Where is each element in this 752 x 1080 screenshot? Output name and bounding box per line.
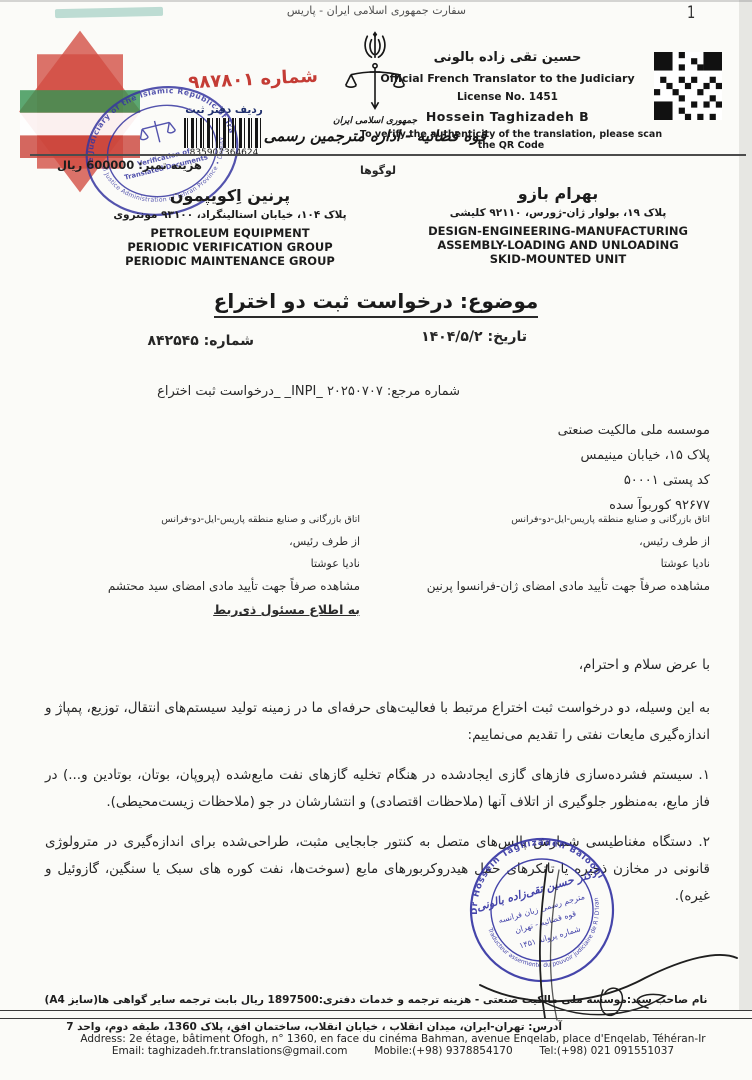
company-name-fa: بهرام بازو [408, 184, 708, 203]
recipient-line: پلاک ۱۵، خیابان مینیمس [558, 443, 710, 468]
intro-paragraph: به این وسیله، دو درخواست ثبت اختراع مرتب… [45, 695, 710, 749]
scanned-translation-document: سفارت جمهوری اسلامی ایران - پاریس 1 The … [0, 0, 752, 1080]
letter-number: شماره: ۸۴۲۵۴۵ [148, 333, 255, 349]
fee-line: نام صاحب سند:موسسه ملی مالکیت صنعتی - هز… [20, 994, 732, 1006]
qr-caption: To verify the authenticity of the transl… [358, 129, 664, 151]
company-name-fa: پرنین اِکویپمون [80, 186, 380, 205]
company-block-pernin: پرنین اِکویپمون پلاک ۱۰۴، خیابان استالین… [80, 186, 380, 268]
registry-row-label: ردیف دفتر ثبت [184, 104, 264, 116]
attestation-chamber: اتاق بازرگانی و صنایع منطقه پاریس-ایل-دو… [427, 514, 710, 525]
logos-label: لوگوها [336, 164, 420, 177]
page-number: 1 [687, 4, 695, 24]
company-line-en: ASSEMBLY-LOADING AND UNLOADING [408, 238, 708, 252]
translator-header-block: حسین تقی زاده بالونی Official French Tra… [380, 50, 635, 124]
company-address-fa: پلاک ۱۰۴، خیابان استالینگراد، ۹۳۱۰۰ مونت… [80, 209, 380, 221]
registry-barcode [184, 118, 264, 148]
translator-name-en: Hossein Taghizadeh B [380, 109, 635, 124]
attestation-note: مشاهده صرفاً جهت تأیید مادی امضای ژان-فر… [427, 579, 710, 593]
qr-code [654, 52, 722, 120]
reference-number: شماره مرجع: ۲۰۲۵۰۷۰۷ _INPI_ _درخواست ثبت… [157, 384, 460, 399]
barcode-number: 835907364624 [182, 148, 266, 158]
header-divider [30, 154, 746, 156]
translator-title-en: Official French Translator to the Judici… [380, 72, 635, 85]
attestation-president: از طرف رئیس، [108, 535, 360, 548]
company-block-bahram: بهرام بازو پلاک ۱۹، بولوار ژان-ژورس، ۹۲۱… [408, 184, 708, 266]
company-address-fa: پلاک ۱۹، بولوار ژان-ژورس، ۹۲۱۱۰ کلیشی [408, 207, 708, 219]
scan-fold-shadow [0, 0, 752, 2]
company-line-en: PERIODIC MAINTENANCE GROUP [80, 254, 380, 268]
letter-date: تاریخ: ۱۴۰۴/۵/۲ [421, 329, 527, 345]
translator-name-fa: حسین تقی زاده بالونی [380, 50, 635, 65]
company-line-en: PETROLEUM EQUIPMENT [80, 226, 380, 240]
attestation-right-column: اتاق بازرگانی و صنایع منطقه پاریس-ایل-دو… [427, 514, 710, 593]
subject-line: موضوع: درخواست ثبت دو اختراع [0, 289, 752, 318]
footer-contact: Email: taghizadeh.fr.translations@gmail.… [40, 1045, 746, 1057]
stamp-fee: هزینه تمبر: 600000 ریال [57, 158, 202, 172]
salutation: با عرض سلام و احترام، [45, 652, 710, 679]
subject-text: موضوع: درخواست ثبت دو اختراع [214, 289, 539, 318]
attestation-left-column: اتاق بازرگانی و صنایع منطقه پاریس-ایل-دو… [108, 514, 360, 617]
footer-address-fa: آدرس: تهران-ایران، میدان انقلاب ، خیابان… [66, 1021, 562, 1033]
attestation-chamber: اتاق بازرگانی و صنایع منطقه پاریس-ایل-دو… [108, 514, 360, 525]
recipient-address-block: موسسه ملی مالکیت صنعتی پلاک ۱۵، خیابان م… [558, 418, 710, 518]
attention-note: به اطلاع مسئول ذی‌ربط [108, 602, 360, 617]
attestation-signer: نادیا عوشتا [108, 557, 360, 570]
recipient-line: موسسه ملی مالکیت صنعتی [558, 418, 710, 443]
patent-item-1: ۱. سیستم فشرده‌سازی فازهای گازی ایجادشده… [45, 762, 710, 816]
embassy-header-line: سفارت جمهوری اسلامی ایران - پاریس [287, 4, 466, 17]
scales-icon [137, 117, 177, 147]
attestation-note: مشاهده صرفاً جهت تأیید مادی امضای سید مح… [108, 579, 360, 593]
translator-license: License No. 1451 [380, 91, 635, 103]
recipient-line: کد پستی ۵۰۰۰۱ [558, 468, 710, 493]
footer-address-fr: Address: 2e étage, bâtiment Ofogh, n° 13… [40, 1033, 746, 1045]
company-line-en: PERIODIC VERIFICATION GROUP [80, 240, 380, 254]
attestation-president: از طرف رئیس، [427, 535, 710, 548]
scan-artifact [55, 7, 163, 18]
footer-divider [0, 1010, 752, 1019]
company-line-en: SKID-MOUNTED UNIT [408, 252, 708, 266]
company-line-en: DESIGN-ENGINEERING-MANUFACTURING [408, 224, 708, 238]
attestation-signer: نادیا عوشتا [427, 557, 710, 570]
